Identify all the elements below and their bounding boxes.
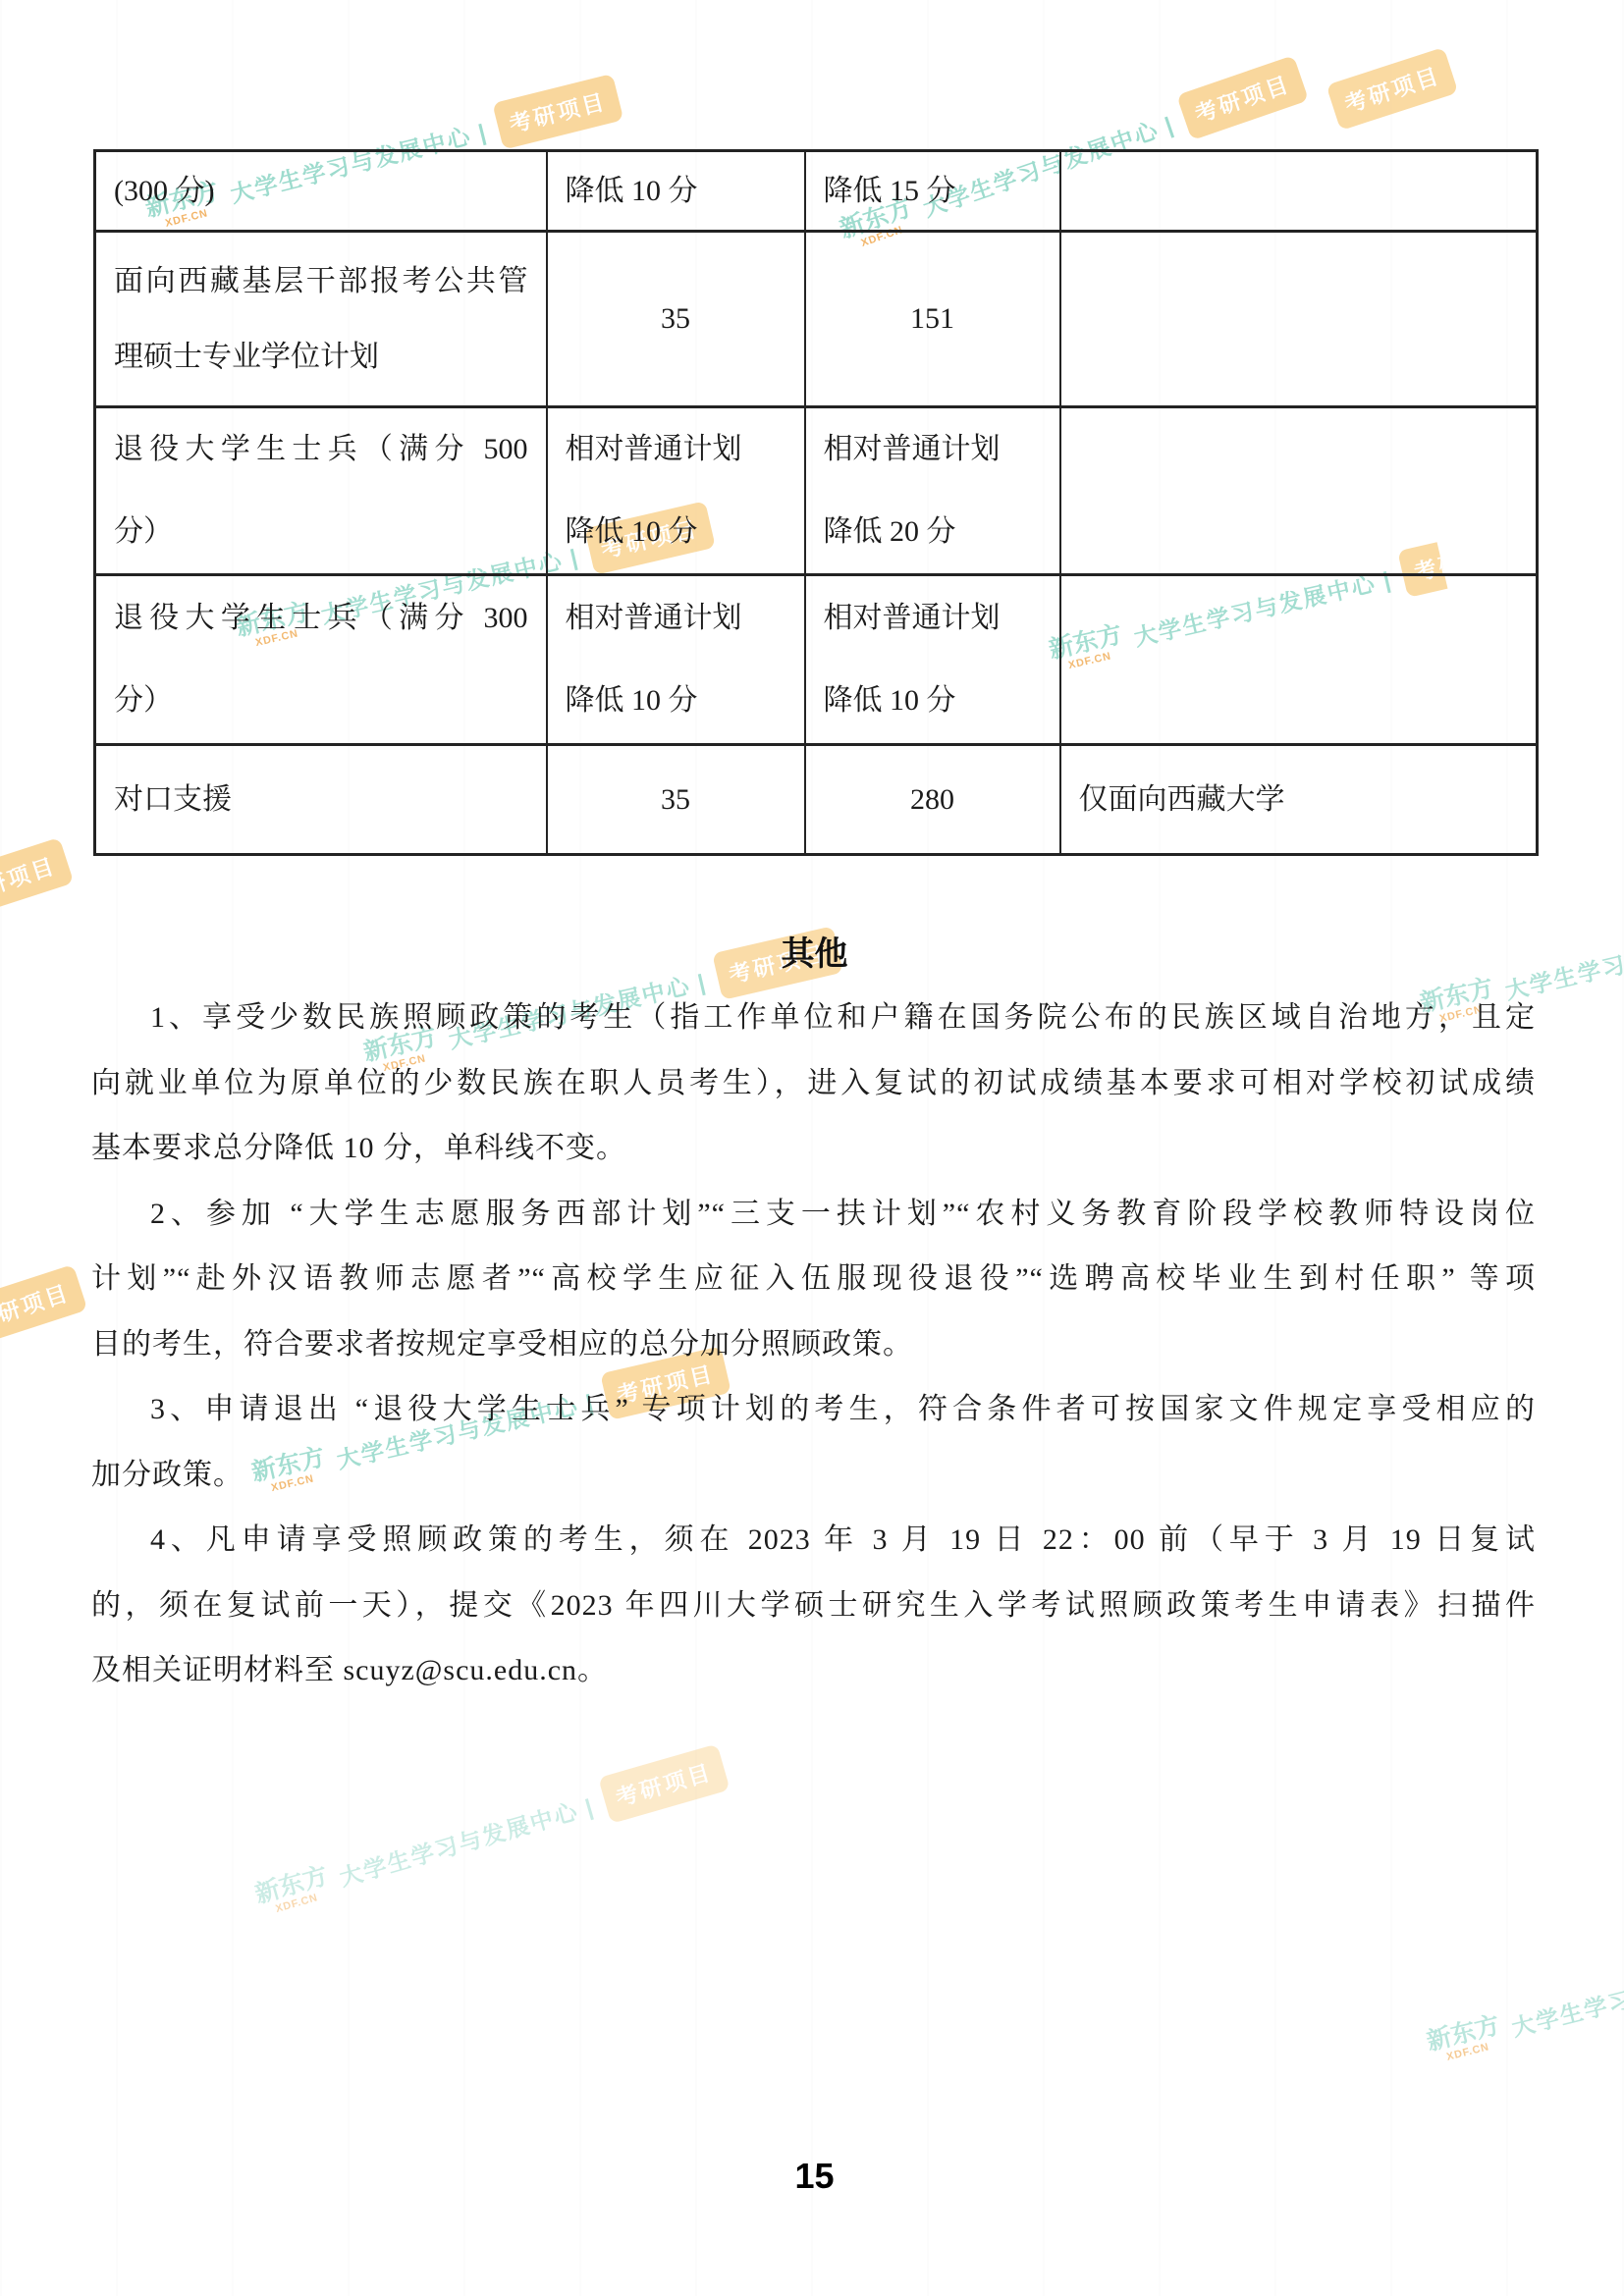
table-cell: 280 (805, 745, 1060, 855)
paragraph-line: 3、申请退出 “退役大学生士兵” 专项计划的考生，符合条件者可按国家文件规定享受… (91, 1377, 1536, 1443)
table-cell: (300 分) (95, 151, 547, 232)
paragraph-line: 加分政策。 (91, 1443, 1536, 1509)
table-cell-empty (1060, 151, 1538, 232)
table-cell: 151 (805, 232, 1060, 407)
page-number: 15 (93, 2156, 1536, 2197)
paragraph-line: 的，须在复试前一天），提交《2023 年四川大学硕士研究生入学考试照顾政策考生申… (91, 1574, 1536, 1639)
table-cell: 退役大学生士兵（满分 300 分） (95, 575, 547, 745)
table-cell: 退役大学生士兵（满分 500 分） (95, 407, 547, 575)
kaoyan-badge: 考研项目 (0, 1264, 87, 1348)
xdf-logo: 新东方XDF.CN (252, 1862, 334, 1917)
watermark: 考研项目 (0, 1260, 89, 1353)
table-cell: 相对普通计划 降低 10 分 (547, 407, 805, 575)
table-cell: 35 (547, 745, 805, 855)
watermark: 考研项目 (1325, 43, 1460, 135)
table-cell: 降低 10 分 (547, 151, 805, 232)
table-cell-empty (1060, 575, 1538, 745)
table-cell: 仅面向西藏大学 (1060, 745, 1538, 855)
table-row: (300 分) 降低 10 分 降低 15 分 (95, 151, 1538, 232)
paragraph-line: 1、享受少数民族照顾政策的考生（指工作单位和户籍在国务院公布的民族区域自治地方，… (91, 986, 1536, 1051)
body-paragraphs: 1、享受少数民族照顾政策的考生（指工作单位和户籍在国务院公布的民族区域自治地方，… (91, 986, 1536, 1704)
table-cell: 相对普通计划 降低 10 分 (805, 575, 1060, 745)
table-cell: 对口支援 (95, 745, 547, 855)
kaoyan-badge: 考研项目 (1176, 55, 1309, 140)
table-cell: 相对普通计划 降低 10 分 (547, 575, 805, 745)
score-table: (300 分) 降低 10 分 降低 15 分 面向西藏基层干部报考公共管 理硕… (93, 149, 1539, 856)
xdf-logo: 新东方XDF.CN (1425, 2012, 1505, 2065)
kaoyan-badge: 考研项目 (0, 837, 74, 921)
watermark-text: 大学生学习与发展中心 | (335, 1789, 597, 1893)
paragraph-line: 目的考生，符合要求者按规定享受相应的总分加分照顾政策。 (91, 1312, 1536, 1378)
kaoyan-badge: 考研项目 (492, 74, 623, 150)
table-cell: 降低 15 分 (805, 151, 1060, 232)
kaoyan-badge: 考研项目 (1326, 47, 1458, 131)
table-cell-empty (1060, 407, 1538, 575)
document-page: (300 分) 降低 10 分 降低 15 分 面向西藏基层干部报考公共管 理硕… (0, 0, 1624, 2296)
paragraph-line: 向就业单位为原单位的少数民族在职人员考生），进入复试的初试成绩基本要求可相对学校… (91, 1051, 1536, 1117)
watermark: 考研项目 (0, 833, 76, 926)
table-row: 对口支援 35 280 仅面向西藏大学 (95, 745, 1538, 855)
paragraph-line: 4、凡申请享受照顾政策的考生，须在 2023 年 3 月 19 日 22：00 … (91, 1508, 1536, 1574)
paragraph-line: 基本要求总分降低 10 分，单科线不变。 (91, 1116, 1536, 1182)
table-row: 面向西藏基层干部报考公共管 理硕士专业学位计划 35 151 (95, 232, 1538, 407)
table-cell: 面向西藏基层干部报考公共管 理硕士专业学位计划 (95, 232, 547, 407)
table-cell: 相对普通计划 降低 20 分 (805, 407, 1060, 575)
paragraph-line: 计划”“赴外汉语教师志愿者”“高校学生应征入伍服现役退役”“选聘高校毕业生到村任… (91, 1247, 1536, 1312)
table-cell: 35 (547, 232, 805, 407)
table-cell-empty (1060, 232, 1538, 407)
paragraph-line: 2、参加 “大学生志愿服务西部计划”“三支一扶计划”“农村义务教育阶段学校教师特… (91, 1182, 1536, 1248)
section-heading: 其他 (93, 927, 1536, 975)
watermark: 新东方XDF.CN大学生学习与发展中心 |考研项目 (1422, 1903, 1624, 2075)
kaoyan-badge: 考研项目 (598, 1744, 731, 1824)
paragraph-line: 及相关证明材料至 scuyz@scu.edu.cn。 (91, 1638, 1536, 1704)
table-row: 退役大学生士兵（满分 500 分） 相对普通计划 降低 10 分 相对普通计划 … (95, 407, 1538, 575)
watermark-text: 大学生学习与发展中心 | (1508, 1948, 1624, 2043)
table-row: 退役大学生士兵（满分 300 分） 相对普通计划 降低 10 分 相对普通计划 … (95, 575, 1538, 745)
watermark: 新东方XDF.CN大学生学习与发展中心 |考研项目 (249, 1739, 731, 1927)
